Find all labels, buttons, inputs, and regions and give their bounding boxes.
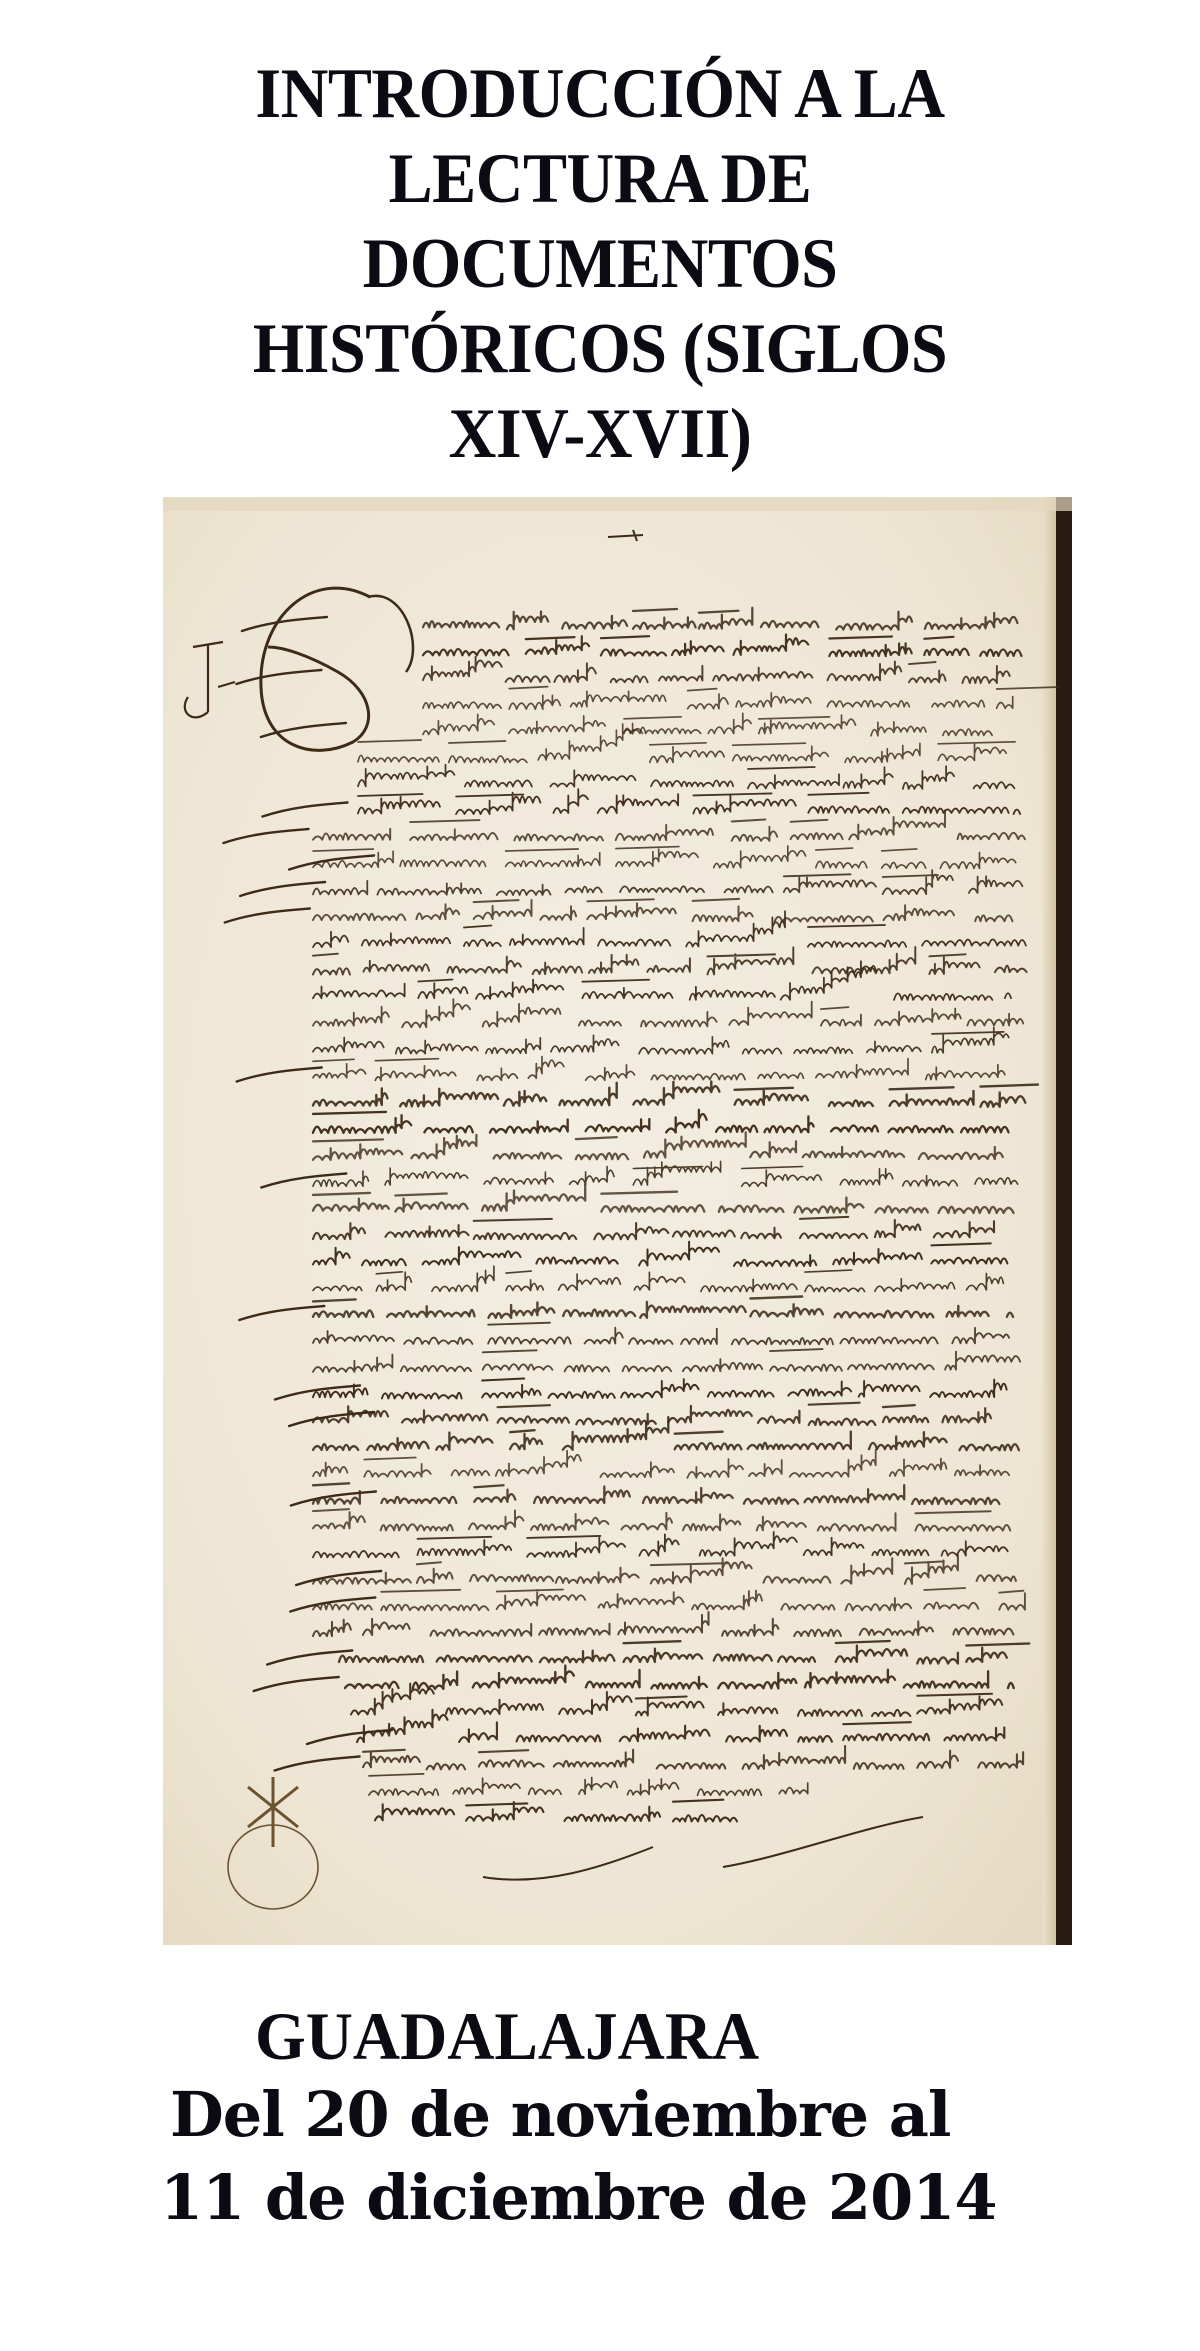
event-city: GUADALAJARA xyxy=(255,1995,759,2078)
poster-title: INTRODUCCIÓN A LA LECTURA DE DOCUMENTOS … xyxy=(0,52,1200,477)
title-line-2: LECTURA DE xyxy=(42,137,1158,222)
title-line-5: XIV-XVII) xyxy=(42,392,1158,477)
title-line-3: DOCUMENTOS xyxy=(42,222,1158,307)
event-dates-line-2: 11 de diciembre de 2014 xyxy=(160,2156,997,2239)
manuscript-image xyxy=(163,497,1072,1945)
event-dates-line-1: Del 20 de noviembre al xyxy=(170,2073,950,2156)
title-line-1: INTRODUCCIÓN A LA xyxy=(42,52,1158,137)
manuscript-handwriting xyxy=(163,497,1072,1945)
title-line-4: HISTÓRICOS (SIGLOS xyxy=(42,307,1158,392)
